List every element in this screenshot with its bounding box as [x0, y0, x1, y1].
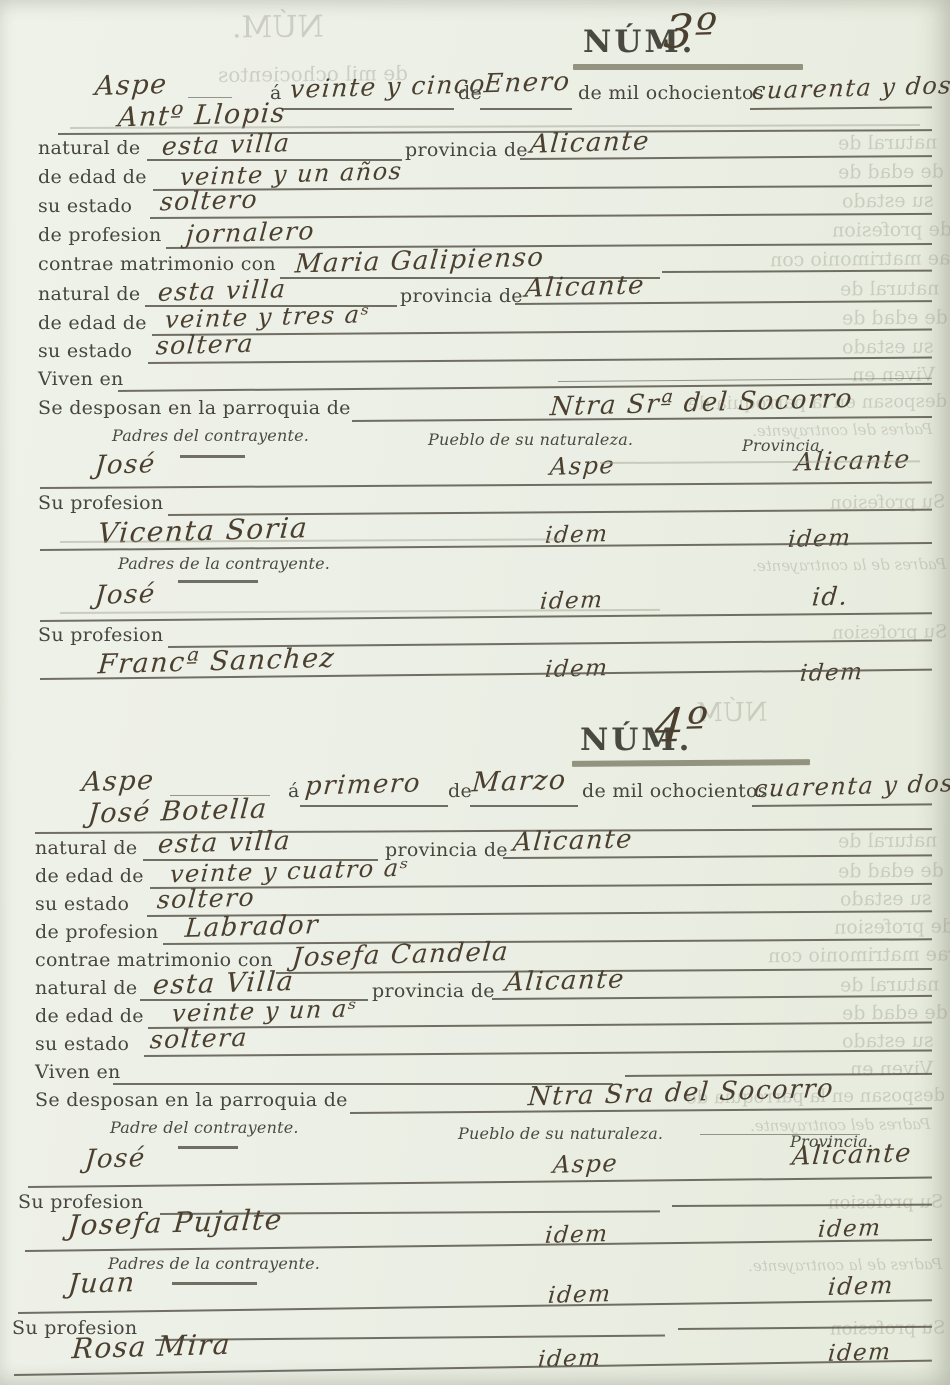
bleedthrough-text: Viven en [850, 1058, 933, 1081]
bleedthrough-text: contrae matrimonio con [768, 943, 950, 967]
record1-groom-father-pueblo: Aspe [549, 451, 616, 481]
line [18, 1299, 932, 1314]
record1-padres-contrayente-header: Padres del contrayente. [112, 426, 309, 445]
record1-groom-natural-value: esta villa [161, 128, 292, 161]
bleedthrough-text: su estado [840, 888, 932, 911]
line [750, 106, 932, 110]
record1-groom-estado-value: soltero [159, 185, 259, 217]
bleedthrough-text: de edad de [838, 859, 944, 882]
record2-groom-father-pueblo: Aspe [552, 1149, 619, 1179]
record1-contrae-label: contrae matrimonio con [38, 253, 276, 275]
bleedthrough-text: de profesion [834, 915, 950, 938]
record2-padre-contrayente-header: Padre del contrayente. [110, 1118, 299, 1137]
record1-bride-name: Maria Galipienso [294, 242, 546, 279]
record2-groom-name: José Botella [87, 793, 269, 829]
record2-groom-profesion-label: de profesion [35, 921, 159, 943]
record2-viven-label: Viven en [35, 1061, 121, 1083]
record1-pueblo-header: Pueblo de su naturaleza. [428, 430, 633, 449]
line [40, 612, 932, 622]
line [144, 1049, 932, 1057]
record2-groom-estado-label: su estado [35, 893, 129, 915]
record1-groom-natural-label: natural de [38, 137, 140, 159]
record1-header-rule [573, 64, 803, 70]
record1-de-label: de [458, 82, 482, 104]
record1-demil-label: de mil ochocientos [578, 82, 764, 104]
record1-groom-edad-label: de edad de [38, 166, 147, 188]
record2-bride-father-provincia: idem [827, 1271, 895, 1301]
record2-month-value: Marzo [471, 765, 568, 799]
record2-pueblo-header: Pueblo de su naturaleza. [458, 1124, 663, 1143]
record2-bride-estado-label: su estado [35, 1033, 129, 1055]
record2-groom-father-provincia: Alicante [791, 1138, 913, 1171]
bleedthrough-text: Su profesion [828, 1191, 944, 1213]
record1-groom-provincia-label: provincia de [405, 139, 528, 161]
record1-suprofesion2-label: Su profesion [38, 624, 163, 646]
record1-bride-mother-pueblo: idem [544, 655, 609, 683]
record2-padres-contrayenta-header: Padres de la contrayente. [108, 1254, 320, 1273]
record2-bride-father-name: Juan [67, 1267, 137, 1300]
record2-groom-mother-name: Josefa Pujalte [67, 1203, 284, 1242]
record1-bride-edad-label: de edad de [38, 312, 147, 334]
record2-groom-estado-value: soltero [156, 883, 256, 915]
bleedthrough-text: de profesion [832, 218, 950, 241]
record2-bride-edad-label: de edad de [35, 1005, 144, 1027]
record1-year-value: cuarenta y dos [751, 71, 950, 105]
line [752, 803, 932, 807]
bleedthrough-text: su estado [842, 336, 934, 359]
record1-groom-mother-name: Vicenta Soria [97, 511, 310, 550]
record1-place-value: Aspe [94, 69, 169, 102]
line [40, 482, 932, 489]
bleedthrough-text: natural de [840, 973, 940, 996]
record1-bride-father-provincia: id. [811, 581, 850, 611]
record2-day-value: primero [304, 768, 422, 801]
record1-bride-provincia-label: provincia de [400, 285, 523, 307]
dash [172, 1282, 257, 1285]
record2-bride-estado-value: soltera [149, 1023, 249, 1055]
record1-bride-edad-value: veinte y tres aˢ [164, 300, 371, 334]
bleedthrough-text: de edad de [842, 306, 948, 329]
record1-viven-label: Viven en [38, 368, 124, 390]
record2-num-value: 4º [653, 697, 711, 753]
dash [178, 580, 258, 583]
record2-bride-edad-value: veinte y un aˢ [171, 994, 359, 1027]
record1-groom-profesion-label: de profesion [38, 224, 162, 246]
line [284, 108, 454, 110]
line [300, 805, 448, 807]
record2-groom-provincia-value: Alicante [512, 824, 634, 857]
record1-desposan-label: Se desposan en la parroquia de [38, 397, 351, 419]
record2-bride-natural-label: natural de [35, 977, 137, 999]
record2-groom-father-name: José [84, 1143, 147, 1175]
record2-year-value: cuarenta y dos [753, 769, 950, 803]
record1-bride-estado-label: su estado [38, 340, 132, 362]
record1-groom-mother-provincia: idem [787, 525, 852, 553]
dash [178, 1146, 238, 1149]
record1-groom-father-name: José [94, 449, 157, 481]
dash [180, 455, 245, 458]
record1-bride-mother-provincia: idem [799, 659, 864, 687]
record2-de-label: de [448, 780, 472, 802]
record2-bride-provincia-value: Alicante [504, 964, 626, 997]
record1-num-value: 3º [662, 3, 720, 59]
record2-desposan-label: Se desposan en la parroquia de [35, 1089, 348, 1111]
record2-bride-name: Josefa Candela [291, 937, 510, 973]
record1-bride-estado-value: soltera [155, 329, 255, 361]
record1-padres-contrayenta-header: Padres de la contrayente. [118, 554, 330, 573]
line [28, 1177, 932, 1188]
bleedthrough-text: NÚM. [232, 10, 324, 46]
record1-bride-natural-label: natural de [38, 283, 140, 305]
record2-groom-profesion-value: Labrador [184, 910, 320, 944]
record1-bride-provincia-value: Alicante [524, 270, 646, 303]
dash [700, 1134, 860, 1135]
record2-groom-natural-label: natural de [35, 837, 137, 859]
record2-a-label: á [288, 780, 300, 802]
record2-bride-mother-pueblo: idem [537, 1345, 602, 1373]
record2-groom-edad-label: de edad de [35, 865, 144, 887]
record2-header-rule [572, 759, 810, 767]
bleedthrough-text: su estado [842, 190, 934, 213]
record2-demil-label: de mil ochocientos [582, 780, 768, 802]
bleedthrough-text: Padres de la contrayente. [752, 555, 946, 575]
record1-suprofesion1-label: Su profesion [38, 492, 163, 514]
bleedthrough-text: natural de [840, 277, 940, 300]
record2-bride-mother-name: Rosa Mira [71, 1328, 233, 1366]
bleedthrough-text: de edad de [838, 160, 944, 183]
bleedthrough-text: natural de [838, 829, 938, 852]
bleedthrough-text: contrae matrimonio con [770, 247, 950, 271]
record1-groom-profesion-value: jornalero [185, 216, 316, 249]
record1-month-value: Enero [483, 67, 572, 99]
line [25, 1239, 932, 1252]
bleedthrough-text: natural de [838, 131, 938, 154]
line [480, 108, 572, 110]
line [148, 357, 932, 364]
record1-bride-natural-value: esta villa [157, 274, 288, 307]
line [662, 270, 932, 273]
record2-place-value: Aspe [81, 765, 156, 798]
record2-bride-provincia-label: provincia de [372, 980, 495, 1002]
record1-groom-provincia-value: Alicante [529, 126, 651, 159]
register-page: NÚM.de mil ochocientosnatural dede edad … [0, 0, 950, 1385]
record1-bride-father-name: José [94, 579, 157, 611]
record2-groom-natural-value: esta villa [157, 826, 292, 860]
line [470, 805, 578, 807]
dash [188, 97, 232, 98]
record1-groom-estado-label: su estado [38, 195, 132, 217]
